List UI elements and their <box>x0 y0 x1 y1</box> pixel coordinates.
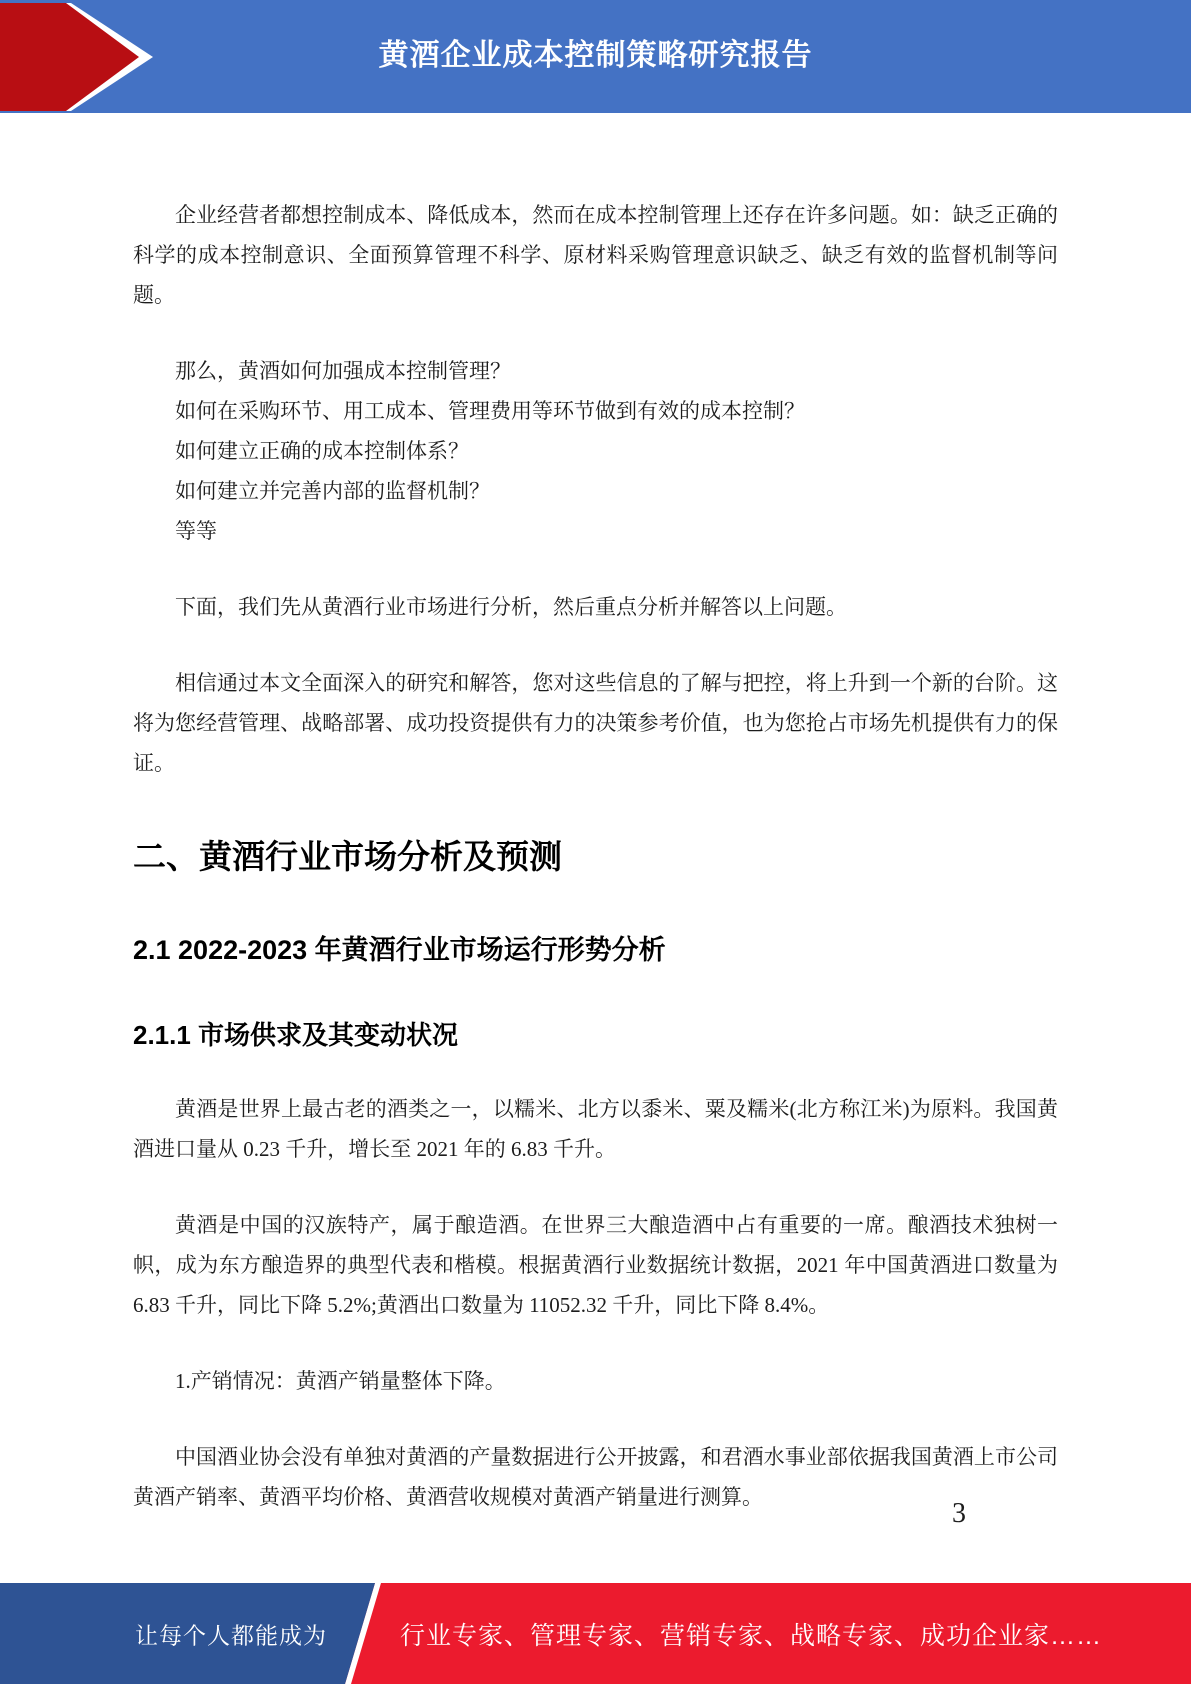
question-line: 如何在采购环节、用工成本、管理费用等环节做到有效的成本控制？ <box>133 391 1058 431</box>
paragraph-production-sales: 1.产销情况：黄酒产销量整体下降。 <box>133 1361 1058 1401</box>
question-line: 等等 <box>133 511 1058 551</box>
question-line: 如何建立正确的成本控制体系？ <box>133 431 1058 471</box>
footer-slogan-left: 让每个人都能成为 <box>0 1617 327 1650</box>
page-number: 3 <box>952 1498 966 1530</box>
paragraph-association-estimate: 中国酒业协会没有单独对黄酒的产量数据进行公开披露，和君酒水事业部依据我国黄酒上市… <box>133 1437 1058 1517</box>
question-line: 那么，黄酒如何加强成本控制管理？ <box>133 351 1058 391</box>
paragraph-transition: 下面，我们先从黄酒行业市场进行分析，然后重点分析并解答以上问题。 <box>133 587 1058 627</box>
subsubsection-heading: 2.1.1 市场供求及其变动状况 <box>133 1017 1058 1053</box>
paragraph-import-export-data: 黄酒是中国的汉族特产，属于酿造酒。在世界三大酿造酒中占有重要的一席。酿酒技术独树… <box>133 1205 1058 1325</box>
question-line: 如何建立并完善内部的监督机制？ <box>133 471 1058 511</box>
footer-banner: 让每个人都能成为 行业专家、管理专家、营销专家、战略专家、成功企业家…… <box>0 1583 1191 1684</box>
footer-slogan-right: 行业专家、管理专家、营销专家、战略专家、成功企业家…… <box>400 1616 1171 1652</box>
document-body: 企业经营者都想控制成本、降低成本，然而在成本控制管理上还存在许多问题。如：缺乏正… <box>0 113 1191 1517</box>
subsection-heading: 2.1 2022-2023 年黄酒行业市场运行形势分析 <box>133 931 1058 969</box>
document-page: 黄酒企业成本控制策略研究报告 企业经营者都想控制成本、降低成本，然而在成本控制管… <box>0 0 1191 1684</box>
paragraph-value-proposition: 相信通过本文全面深入的研究和解答，您对这些信息的了解与把控，将上升到一个新的台阶… <box>133 663 1058 783</box>
section-heading: 二、黄酒行业市场分析及预测 <box>133 835 1058 879</box>
header-banner: 黄酒企业成本控制策略研究报告 <box>0 0 1191 113</box>
question-list: 那么，黄酒如何加强成本控制管理？ 如何在采购环节、用工成本、管理费用等环节做到有… <box>133 351 1058 551</box>
page-title: 黄酒企业成本控制策略研究报告 <box>0 0 1191 103</box>
paragraph-history-imports: 黄酒是世界上最古老的酒类之一，以糯米、北方以黍米、粟及糯米(北方称江米)为原料。… <box>133 1089 1058 1169</box>
paragraph-intro-problems: 企业经营者都想控制成本、降低成本，然而在成本控制管理上还存在许多问题。如：缺乏正… <box>133 195 1058 315</box>
